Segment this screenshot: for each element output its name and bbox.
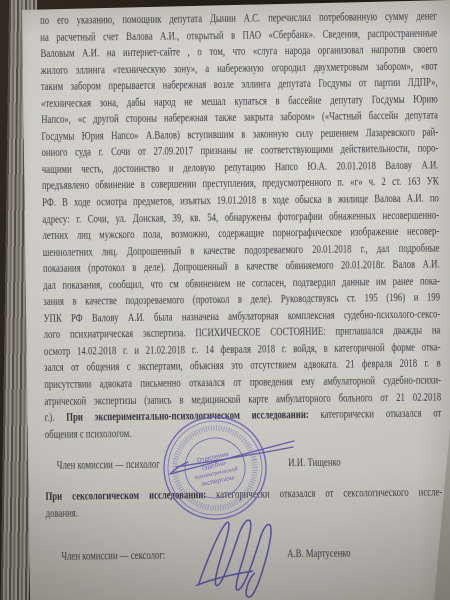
document-photo: по его указанию, помощник депутата Дынин… [0,0,450,600]
paper-sheet: по его указанию, помощник депутата Дынин… [0,0,450,600]
commission-member-sexologist-label: Член комиссии — сексолог: [61,547,165,565]
commission-member-psychologist-label: Член комиссии — психолог [57,456,160,474]
psychologist-signature-stroke [158,428,308,488]
sexologist-signature [194,510,290,600]
sexologist-name: А.В. Мартусенко [287,545,351,563]
body-paragraph: по его указанию, помощник депутата Дынин… [40,7,442,442]
